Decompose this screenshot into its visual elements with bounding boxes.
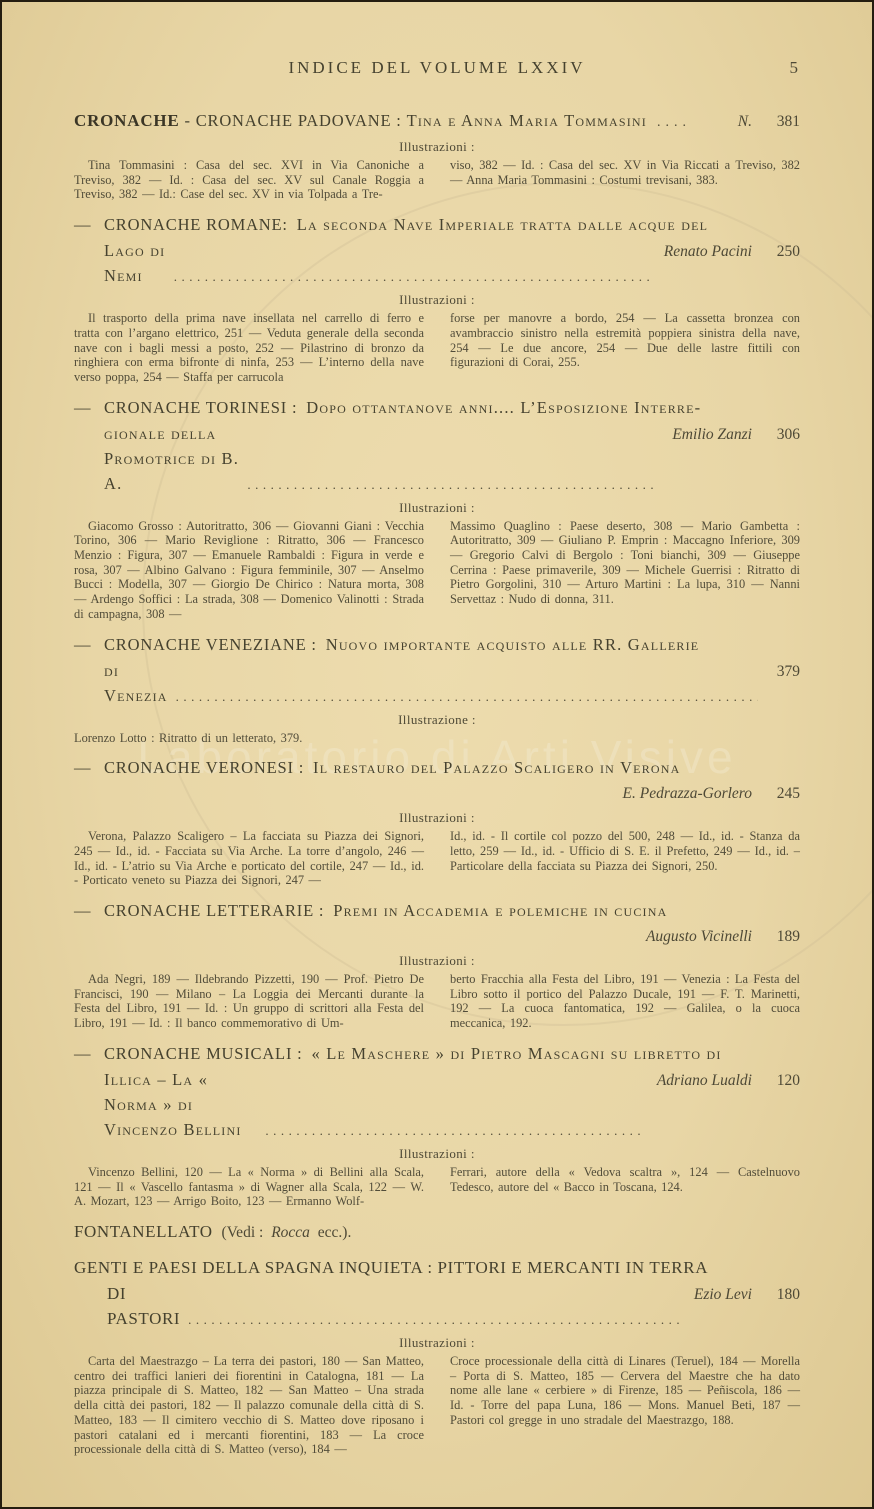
author-name: Renato Pacini: [664, 239, 752, 264]
author-name: Emilio Zanzi: [672, 422, 752, 447]
page-ref: 120: [766, 1068, 800, 1093]
entry-subtitle: Premi in Accademia e polemiche in cucina: [333, 901, 667, 920]
entry-dash: —: [74, 395, 104, 496]
illustrations-columns: Ada Negri, 189 — Ildebrando Pizzetti, 19…: [74, 972, 800, 1031]
entry-dash: —: [74, 1041, 104, 1142]
entry-title-line: CRONACHE LETTERARIE : Premi in Accademia…: [104, 898, 800, 924]
illustrations-column-left: Tina Tommasini : Casa del sec. XVI in Vi…: [74, 158, 424, 202]
page-ref: 189: [766, 924, 800, 949]
entry-see-reference-tail: ecc.).: [314, 1224, 351, 1241]
page-ref: 245: [766, 781, 800, 806]
entry-title-line: CRONACHE MUSICALI : « Le Maschere » di P…: [104, 1041, 800, 1067]
illustrations-label: Illustrazione :: [74, 712, 800, 728]
entry-fontanellato: FONTANELLATO (Vedi : Rocca ecc.).: [74, 1219, 800, 1245]
leader-dots: ........................................…: [174, 270, 650, 288]
entry-title-line2: Illica – La « Norma » di Vincenzo Bellin…: [104, 1067, 800, 1142]
entry-genti-e-paesi: GENTI E PAESI DELLA SPAGNA INQUIETA : PI…: [74, 1255, 800, 1457]
entry-subtitle: Tina e Anna Maria Tommasini: [407, 108, 647, 133]
illustrations-label: Illustrazioni :: [74, 139, 800, 155]
illustrations-column-left: Verona, Palazzo Scaligero – La facciata …: [74, 829, 424, 888]
page-ref: 250: [766, 239, 800, 264]
entry-author-line: Augusto Vicinelli 189: [104, 924, 800, 949]
entry-title: CRONACHE VENEZIANE :: [104, 635, 322, 654]
page-ref: 306: [766, 422, 800, 447]
illustrations-column-left: Giacomo Grosso : Autoritratto, 306 — Gio…: [74, 519, 424, 622]
entry-see-reference: (Vedi :: [222, 1224, 268, 1241]
illustrations-column-right: forse per manovre a bordo, 254 — La cass…: [450, 311, 800, 385]
page-header: INDICE DEL VOLUME LXXIV 5: [74, 58, 800, 82]
author-name: E. Pedrazza-Gorlero: [623, 781, 752, 806]
entry-subtitle-continued: di Venezia: [104, 658, 168, 708]
entry-title-line: CRONACHE VERONESI : Il restauro del Pala…: [104, 755, 800, 781]
entry-dash: —: [74, 632, 104, 708]
author-name: N.: [738, 109, 752, 134]
illustrations-columns: Verona, Palazzo Scaligero – La facciata …: [74, 829, 800, 888]
index-list: CRONACHE - CRONACHE PADOVANE : Tina e An…: [74, 108, 800, 1457]
entry-subtitle-continued: gionale della Promotrice di B. A.: [104, 421, 239, 496]
illustrations-columns: Giacomo Grosso : Autoritratto, 306 — Gio…: [74, 519, 800, 622]
entry-cronache-veneziane: — CRONACHE VENEZIANE : Nuovo importante …: [74, 632, 800, 746]
page-ref: 381: [766, 109, 800, 134]
illustrations-label: Illustrazioni :: [74, 1335, 800, 1351]
author-name: Adriano Lualdi: [657, 1068, 752, 1093]
illustrations-column-right: Id., id. - Il cortile col pozzo del 500,…: [450, 829, 800, 888]
entry-author-line: E. Pedrazza-Gorlero 245: [104, 781, 800, 806]
entry-title: - CRONACHE PADOVANE :: [180, 108, 407, 133]
entry-dash: —: [74, 898, 104, 949]
entry-cronache-torinesi: — CRONACHE TORINESI : Dopo ottantanove a…: [74, 395, 800, 622]
author-name: Ezio Levi: [694, 1282, 752, 1307]
entry-subtitle-continued: Lago di Nemi: [104, 238, 166, 288]
entry-subtitle: Nuovo importante acquisto alle RR. Galle…: [326, 635, 700, 654]
leader-dots: ........................................…: [176, 690, 758, 708]
illustrations-columns: Vincenzo Bellini, 120 — La « Norma » di …: [74, 1165, 800, 1209]
illustrations-column-left: Vincenzo Bellini, 120 — La « Norma » di …: [74, 1165, 424, 1209]
entry-subtitle: Il restauro del Palazzo Scaligero in Ver…: [313, 758, 681, 777]
entry-title-line: FONTANELLATO (Vedi : Rocca ecc.).: [74, 1219, 800, 1245]
entry-title-line2: di Venezia .............................…: [104, 658, 800, 708]
illustrations-label: Illustrazioni :: [74, 292, 800, 308]
illustrations-label: Illustrazioni :: [74, 500, 800, 516]
illustrations-column-left: Ada Negri, 189 — Ildebrando Pizzetti, 19…: [74, 972, 424, 1031]
entry-title-line: CRONACHE ROMANE: La seconda Nave Imperia…: [104, 212, 800, 238]
entry-cronache-romane: — CRONACHE ROMANE: La seconda Nave Imper…: [74, 212, 800, 385]
entry-cronache-letterarie: — CRONACHE LETTERARIE : Premi in Accadem…: [74, 898, 800, 1031]
entry-title-line2: gionale della Promotrice di B. A. ......…: [104, 421, 800, 496]
entry-title: CRONACHE VERONESI :: [104, 758, 309, 777]
leader-dots: ........................................…: [265, 1124, 642, 1142]
entry-title-continued: DI PASTORI: [107, 1281, 180, 1331]
leader-dots: ........................................…: [188, 1313, 680, 1331]
entry-title: FONTANELLATO: [74, 1222, 218, 1241]
entry-title: CRONACHE LETTERARIE :: [104, 901, 329, 920]
scanned-index-page: Laboratorio di Arti Visive INDICE DEL VO…: [0, 0, 874, 1509]
illustrations-columns: Carta del Maestrazgo – La terra dei past…: [74, 1354, 800, 1457]
illustrations-label: Illustrazioni :: [74, 810, 800, 826]
entry-title-line: CRONACHE - CRONACHE PADOVANE : Tina e An…: [74, 108, 800, 135]
entry-title-line: CRONACHE VENEZIANE : Nuovo importante ac…: [104, 632, 800, 658]
illustrations-column-left: Il trasporto della prima nave insellata …: [74, 311, 424, 385]
entry-title-line2: DI PASTORI .............................…: [107, 1281, 800, 1331]
entry-subtitle: Dopo ottantanove anni.... L’Esposizione …: [306, 398, 701, 417]
page-ref: 379: [766, 659, 800, 684]
entry-subtitle-continued: Illica – La « Norma » di Vincenzo Bellin…: [104, 1067, 257, 1142]
illustrations-label: Illustrazioni :: [74, 953, 800, 969]
entry-cronache-musicali: — CRONACHE MUSICALI : « Le Maschere » di…: [74, 1041, 800, 1209]
illustrations-column-right: Ferrari, autore della « Vedova scaltra »…: [450, 1165, 800, 1209]
illustrations-columns: Tina Tommasini : Casa del sec. XVI in Vi…: [74, 158, 800, 202]
illustrations-column-left: Carta del Maestrazgo – La terra dei past…: [74, 1354, 424, 1457]
entry-title-line2: Lago di Nemi ...........................…: [104, 238, 800, 288]
illustration-line: Lorenzo Lotto : Ritratto di un letterato…: [74, 731, 800, 746]
entry-subtitle: La seconda Nave Imperiale tratta dalle a…: [297, 215, 708, 234]
entry-cronache-veronesi: — CRONACHE VERONESI : Il restauro del Pa…: [74, 755, 800, 888]
illustrations-column-right: berto Fracchia alla Festa del Libro, 191…: [450, 972, 800, 1031]
entry-see-reference-target: Rocca: [271, 1224, 310, 1241]
entry-title: CRONACHE ROMANE:: [104, 215, 293, 234]
page-ref: 180: [766, 1282, 800, 1307]
page-title: INDICE DEL VOLUME LXXIV: [288, 58, 585, 77]
entry-dash: —: [74, 212, 104, 288]
entry-title: GENTI E PAESI DELLA SPAGNA INQUIETA : PI…: [74, 1258, 708, 1277]
leader-dots: ........................................…: [247, 478, 658, 496]
entry-subtitle: « Le Maschere » di Pietro Mascagni su li…: [311, 1044, 721, 1063]
illustrations-column-right: Croce processionale della città di Linar…: [450, 1354, 800, 1457]
entry-title: CRONACHE MUSICALI :: [104, 1044, 307, 1063]
illustrations-column-right: Massimo Quaglino : Paese deserto, 308 — …: [450, 519, 800, 622]
entry-title: CRONACHE TORINESI :: [104, 398, 302, 417]
entry-title-lead: CRONACHE: [74, 108, 180, 133]
leader-dots: ....: [657, 110, 691, 135]
entry-cronache-padovane: CRONACHE - CRONACHE PADOVANE : Tina e An…: [74, 108, 800, 202]
page-number: 5: [790, 58, 799, 78]
illustrations-column-right: viso, 382 — Id. : Casa del sec. XV in Vi…: [450, 158, 800, 202]
illustrations-label: Illustrazioni :: [74, 1146, 800, 1162]
illustrations-columns: Il trasporto della prima nave insellata …: [74, 311, 800, 385]
author-name: Augusto Vicinelli: [646, 924, 752, 949]
entry-title-line: CRONACHE TORINESI : Dopo ottantanove ann…: [104, 395, 800, 421]
entry-title-line: GENTI E PAESI DELLA SPAGNA INQUIETA : PI…: [74, 1255, 800, 1281]
entry-dash: —: [74, 755, 104, 806]
